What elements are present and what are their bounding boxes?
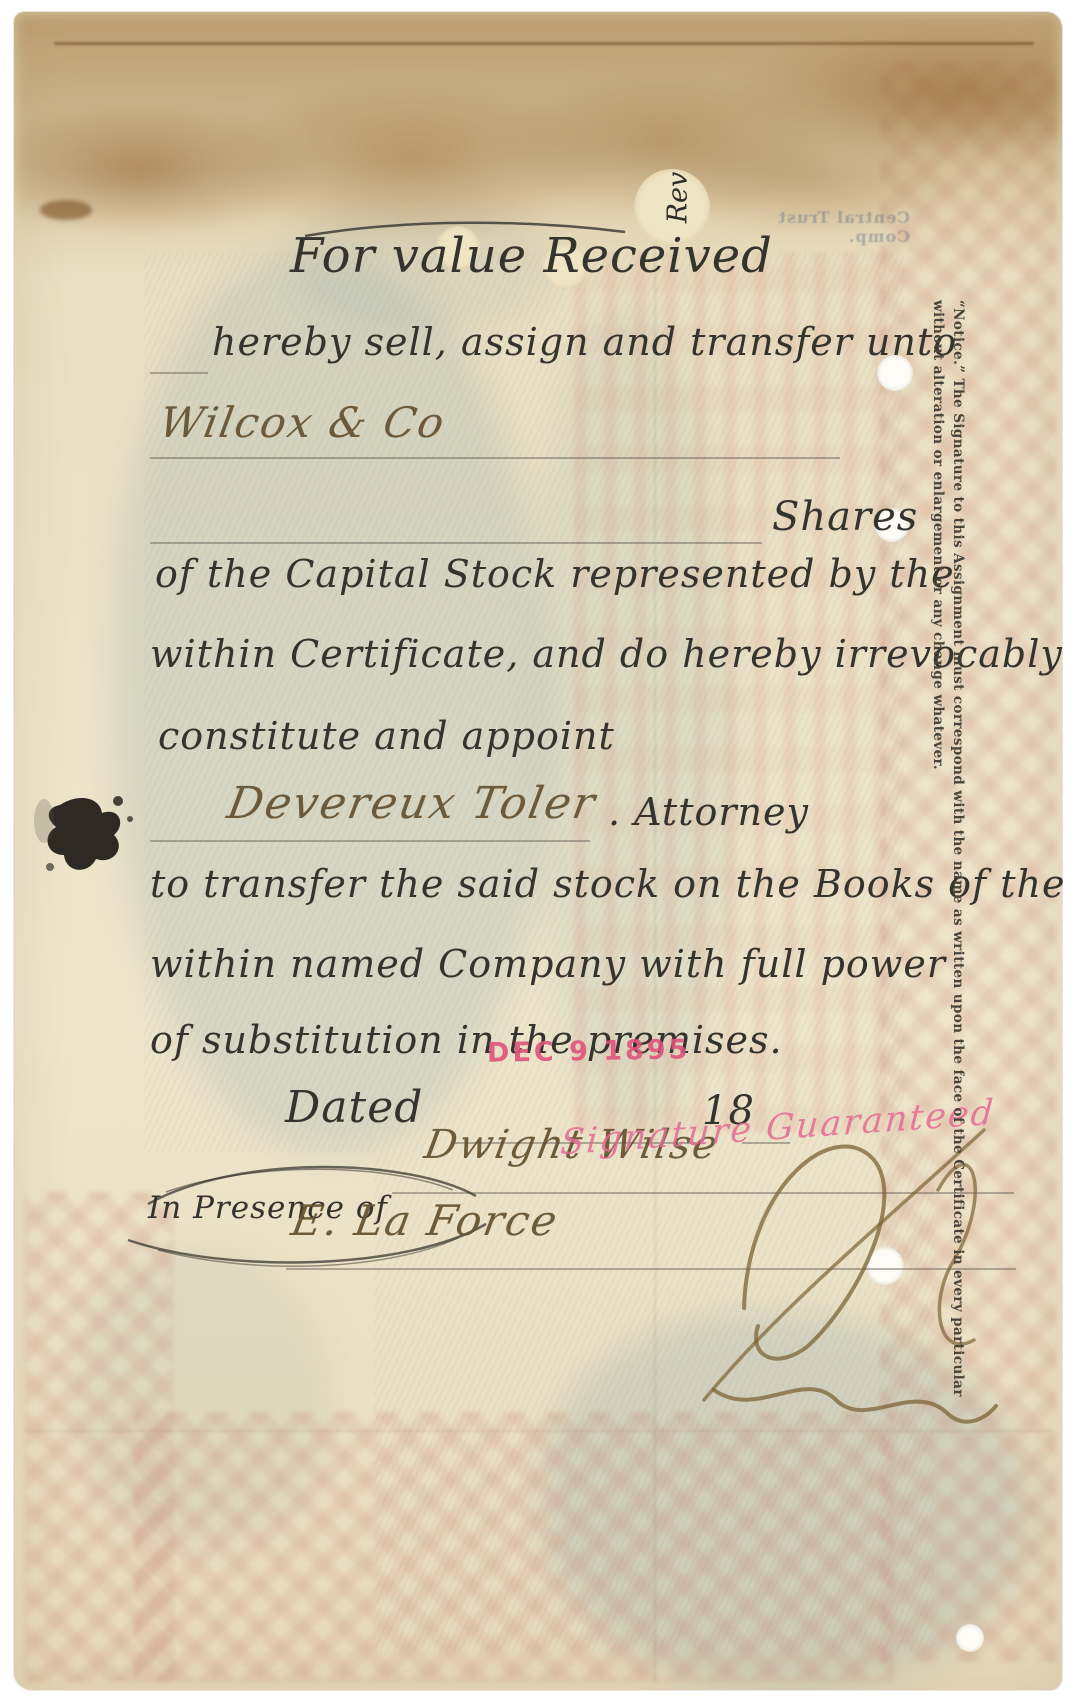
zigzag-border-bleed-bottom — [134, 1412, 894, 1682]
heading-swash — [300, 218, 630, 242]
shares-line — [150, 542, 762, 544]
screenshot-root: { "document": { "kind": "stock-certifica… — [0, 0, 1080, 1705]
line-company-power: within named Company with full power — [150, 942, 946, 986]
stain-edge-line — [54, 42, 1034, 45]
date-stamp: DEC 9 1895 — [487, 1034, 691, 1069]
attorney-label: . Attorney — [608, 790, 809, 834]
line-capital-stock: of the Capital Stock represented by the — [155, 552, 955, 596]
dated-label: Dated — [285, 1082, 423, 1133]
notice-line2: without alteration or enlargement or any… — [928, 300, 948, 1310]
punch-hole — [956, 1624, 984, 1652]
ink-blot — [30, 755, 160, 885]
attorney-line — [150, 840, 590, 842]
transferee-handwritten: Wilcox & Co — [156, 398, 450, 447]
notice-line1: “Notice.” The Signature to this Assignme… — [948, 300, 968, 1310]
rev-annotation: Rev — [662, 172, 693, 224]
blank-holder-line — [150, 372, 208, 374]
shares-label: Shares — [772, 494, 918, 540]
line-constitute-appoint: constitute and appoint — [158, 714, 615, 758]
witness-signature: E. La Force — [288, 1196, 563, 1245]
transferee-line — [150, 457, 840, 459]
pink-panel-bleed — [574, 252, 894, 1132]
notice-vertical-text: “Notice.” The Signature to this Assignme… — [926, 300, 968, 1310]
attorney-name-handwritten: Devereux Toler — [224, 778, 601, 829]
line-sell-assign-transfer: hereby sell, assign and transfer unto — [212, 320, 957, 364]
stain-spot — [40, 200, 92, 220]
